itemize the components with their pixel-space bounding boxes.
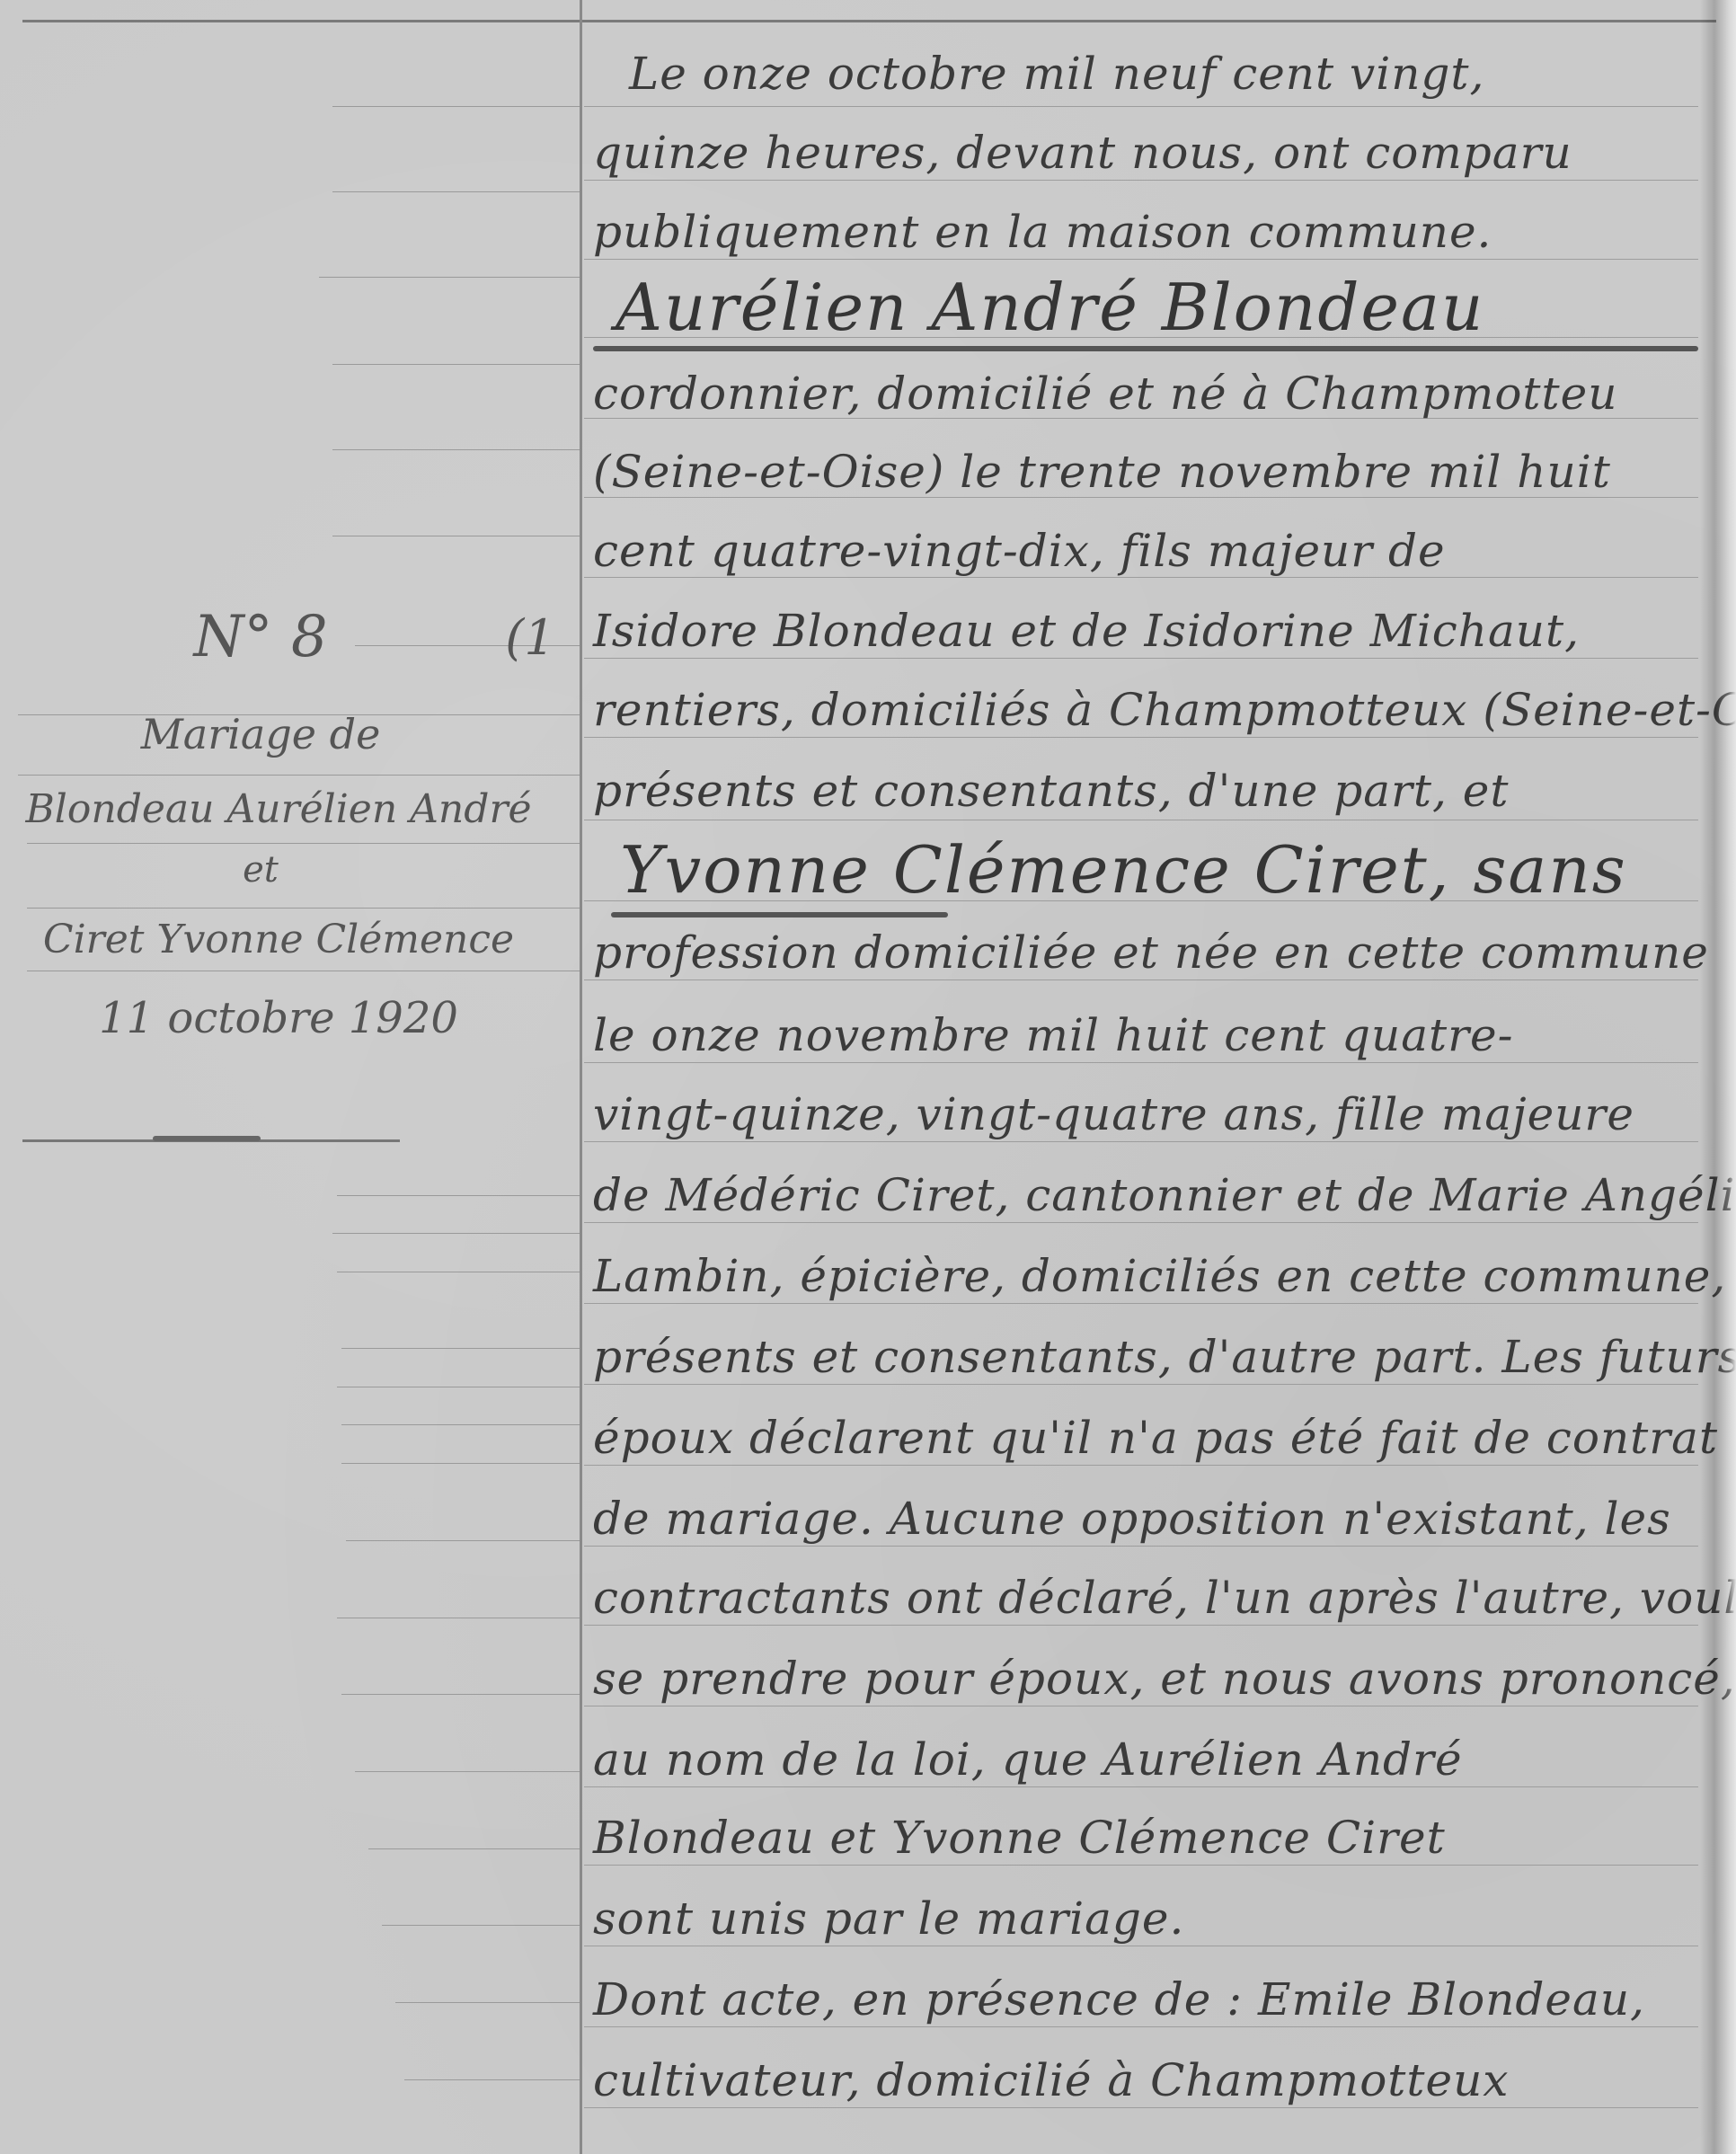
record-line: cent quatre-vingt-dix, fils majeur de <box>593 524 1725 578</box>
record-line: (Seine-et-Oise) le trente novembre mil h… <box>593 445 1725 499</box>
record-line: profession domiciliée et née en cette co… <box>593 926 1725 979</box>
margin-ruled-line <box>337 1272 580 1272</box>
body-ruled-line <box>584 1706 1698 1706</box>
margin-groom-name: Blondeau Aurélien André <box>9 786 548 832</box>
record-line: Isidore Blondeau et de Isidorine Michaut… <box>593 604 1725 658</box>
record-line: cordonnier, domicilié et né à Champmotte… <box>593 367 1725 421</box>
margin-divider <box>580 0 582 2154</box>
record-line: présents et consentants, d'autre part. L… <box>593 1330 1725 1384</box>
body-ruled-line <box>584 658 1698 659</box>
margin-closing-rule-accent <box>153 1136 261 1141</box>
margin-ruled-line <box>332 449 580 450</box>
margin-ruled-line <box>332 1233 580 1234</box>
record-line: époux déclarent qu'il n'a pas été fait d… <box>593 1411 1725 1465</box>
body-ruled-line <box>584 1546 1698 1547</box>
record-line: le onze novembre mil huit cent quatre- <box>593 1008 1725 1062</box>
record-line: vingt-quinze, vingt-quatre ans, fille ma… <box>593 1087 1725 1141</box>
body-ruled-line <box>584 1625 1698 1626</box>
body-ruled-line <box>584 1384 1698 1385</box>
margin-ruled-line <box>382 1925 580 1926</box>
margin-ruled-line <box>341 1694 580 1695</box>
margin-date: 11 octobre 1920 <box>54 993 503 1043</box>
margin-ruled-line <box>332 364 580 365</box>
register-page: N° 8 (1 Mariage de Blondeau Aurélien And… <box>0 0 1736 2154</box>
margin-title: Mariage de <box>27 710 494 758</box>
record-line: Dont acte, en présence de : Emile Blonde… <box>593 1972 1725 2026</box>
bride-name-underline <box>611 912 948 917</box>
margin-ruled-line <box>337 1618 580 1618</box>
body-ruled-line <box>584 1465 1698 1466</box>
margin-bride-name: Ciret Yvonne Clémence <box>9 917 548 962</box>
margin-ruled-line <box>395 2002 580 2003</box>
record-line: se prendre pour époux, et nous avons pro… <box>593 1652 1725 1706</box>
body-ruled-line <box>584 1222 1698 1223</box>
margin-ruled-line <box>355 1771 580 1772</box>
margin-ruled-line <box>332 191 580 192</box>
groom-name: Aurélien André Blondeau <box>616 271 1736 343</box>
bride-name: Yvonne Clémence Ciret, sans <box>620 834 1736 906</box>
margin-conjunction: et <box>27 849 494 891</box>
margin-ruled-line <box>337 1387 580 1387</box>
body-ruled-line <box>584 1141 1698 1142</box>
margin-ruled-line <box>341 1463 580 1464</box>
margin-ruled-line <box>319 277 580 278</box>
body-ruled-line <box>584 979 1698 980</box>
body-ruled-line <box>584 259 1698 260</box>
record-line: au nom de la loi, que Aurélien André <box>593 1733 1725 1786</box>
margin-ruled-line <box>346 1540 580 1541</box>
record-line: Lambin, épicière, domiciliés en cette co… <box>593 1249 1725 1303</box>
body-ruled-line <box>584 180 1698 181</box>
record-line: quinze heures, devant nous, ont comparu <box>593 126 1725 180</box>
body-ruled-line <box>584 2107 1698 2108</box>
margin-ruled-line <box>337 1195 580 1196</box>
record-line: Blondeau et Yvonne Clémence Ciret <box>593 1811 1725 1865</box>
margin-ruled-line <box>27 908 580 909</box>
record-line: cultivateur, domicilié à Champmotteux <box>593 2053 1725 2107</box>
body-ruled-line <box>584 1946 1698 1946</box>
body-ruled-line <box>584 1865 1698 1866</box>
side-mark: (1 <box>503 609 557 666</box>
body-ruled-line <box>584 2026 1698 2027</box>
top-rule <box>22 20 1716 22</box>
record-line: sont unis par le mariage. <box>593 1892 1725 1946</box>
margin-ruled-line <box>341 1424 580 1425</box>
margin-ruled-line <box>332 536 580 536</box>
record-line: de Médéric Ciret, cantonnier et de Marie… <box>593 1168 1725 1222</box>
book-gutter-shadow <box>1700 0 1736 2154</box>
margin-ruled-line <box>18 775 580 776</box>
body-ruled-line <box>584 1303 1698 1304</box>
record-line: contractants ont déclaré, l'un après l'a… <box>593 1571 1725 1625</box>
record-line: Le onze octobre mil neuf cent vingt, <box>629 47 1736 101</box>
margin-ruled-line <box>404 2079 580 2080</box>
body-ruled-line <box>584 820 1698 820</box>
body-ruled-line <box>584 1786 1698 1787</box>
record-line: de mariage. Aucune opposition n'existant… <box>593 1492 1725 1546</box>
body-ruled-line <box>584 1062 1698 1063</box>
margin-ruled-line <box>27 971 580 971</box>
entry-number: N° 8 <box>162 604 359 670</box>
margin-ruled-line <box>27 843 580 844</box>
margin-ruled-line <box>332 106 580 107</box>
margin-ruled-line <box>368 1848 580 1849</box>
body-ruled-line <box>584 737 1698 738</box>
groom-name-underline <box>593 346 1698 351</box>
body-ruled-line <box>584 106 1698 107</box>
record-line: rentiers, domiciliés à Champmotteux (Sei… <box>593 683 1725 737</box>
record-line: présents et consentants, d'une part, et <box>593 764 1725 818</box>
record-line: publiquement en la maison commune. <box>593 205 1725 259</box>
margin-ruled-line <box>341 1348 580 1349</box>
